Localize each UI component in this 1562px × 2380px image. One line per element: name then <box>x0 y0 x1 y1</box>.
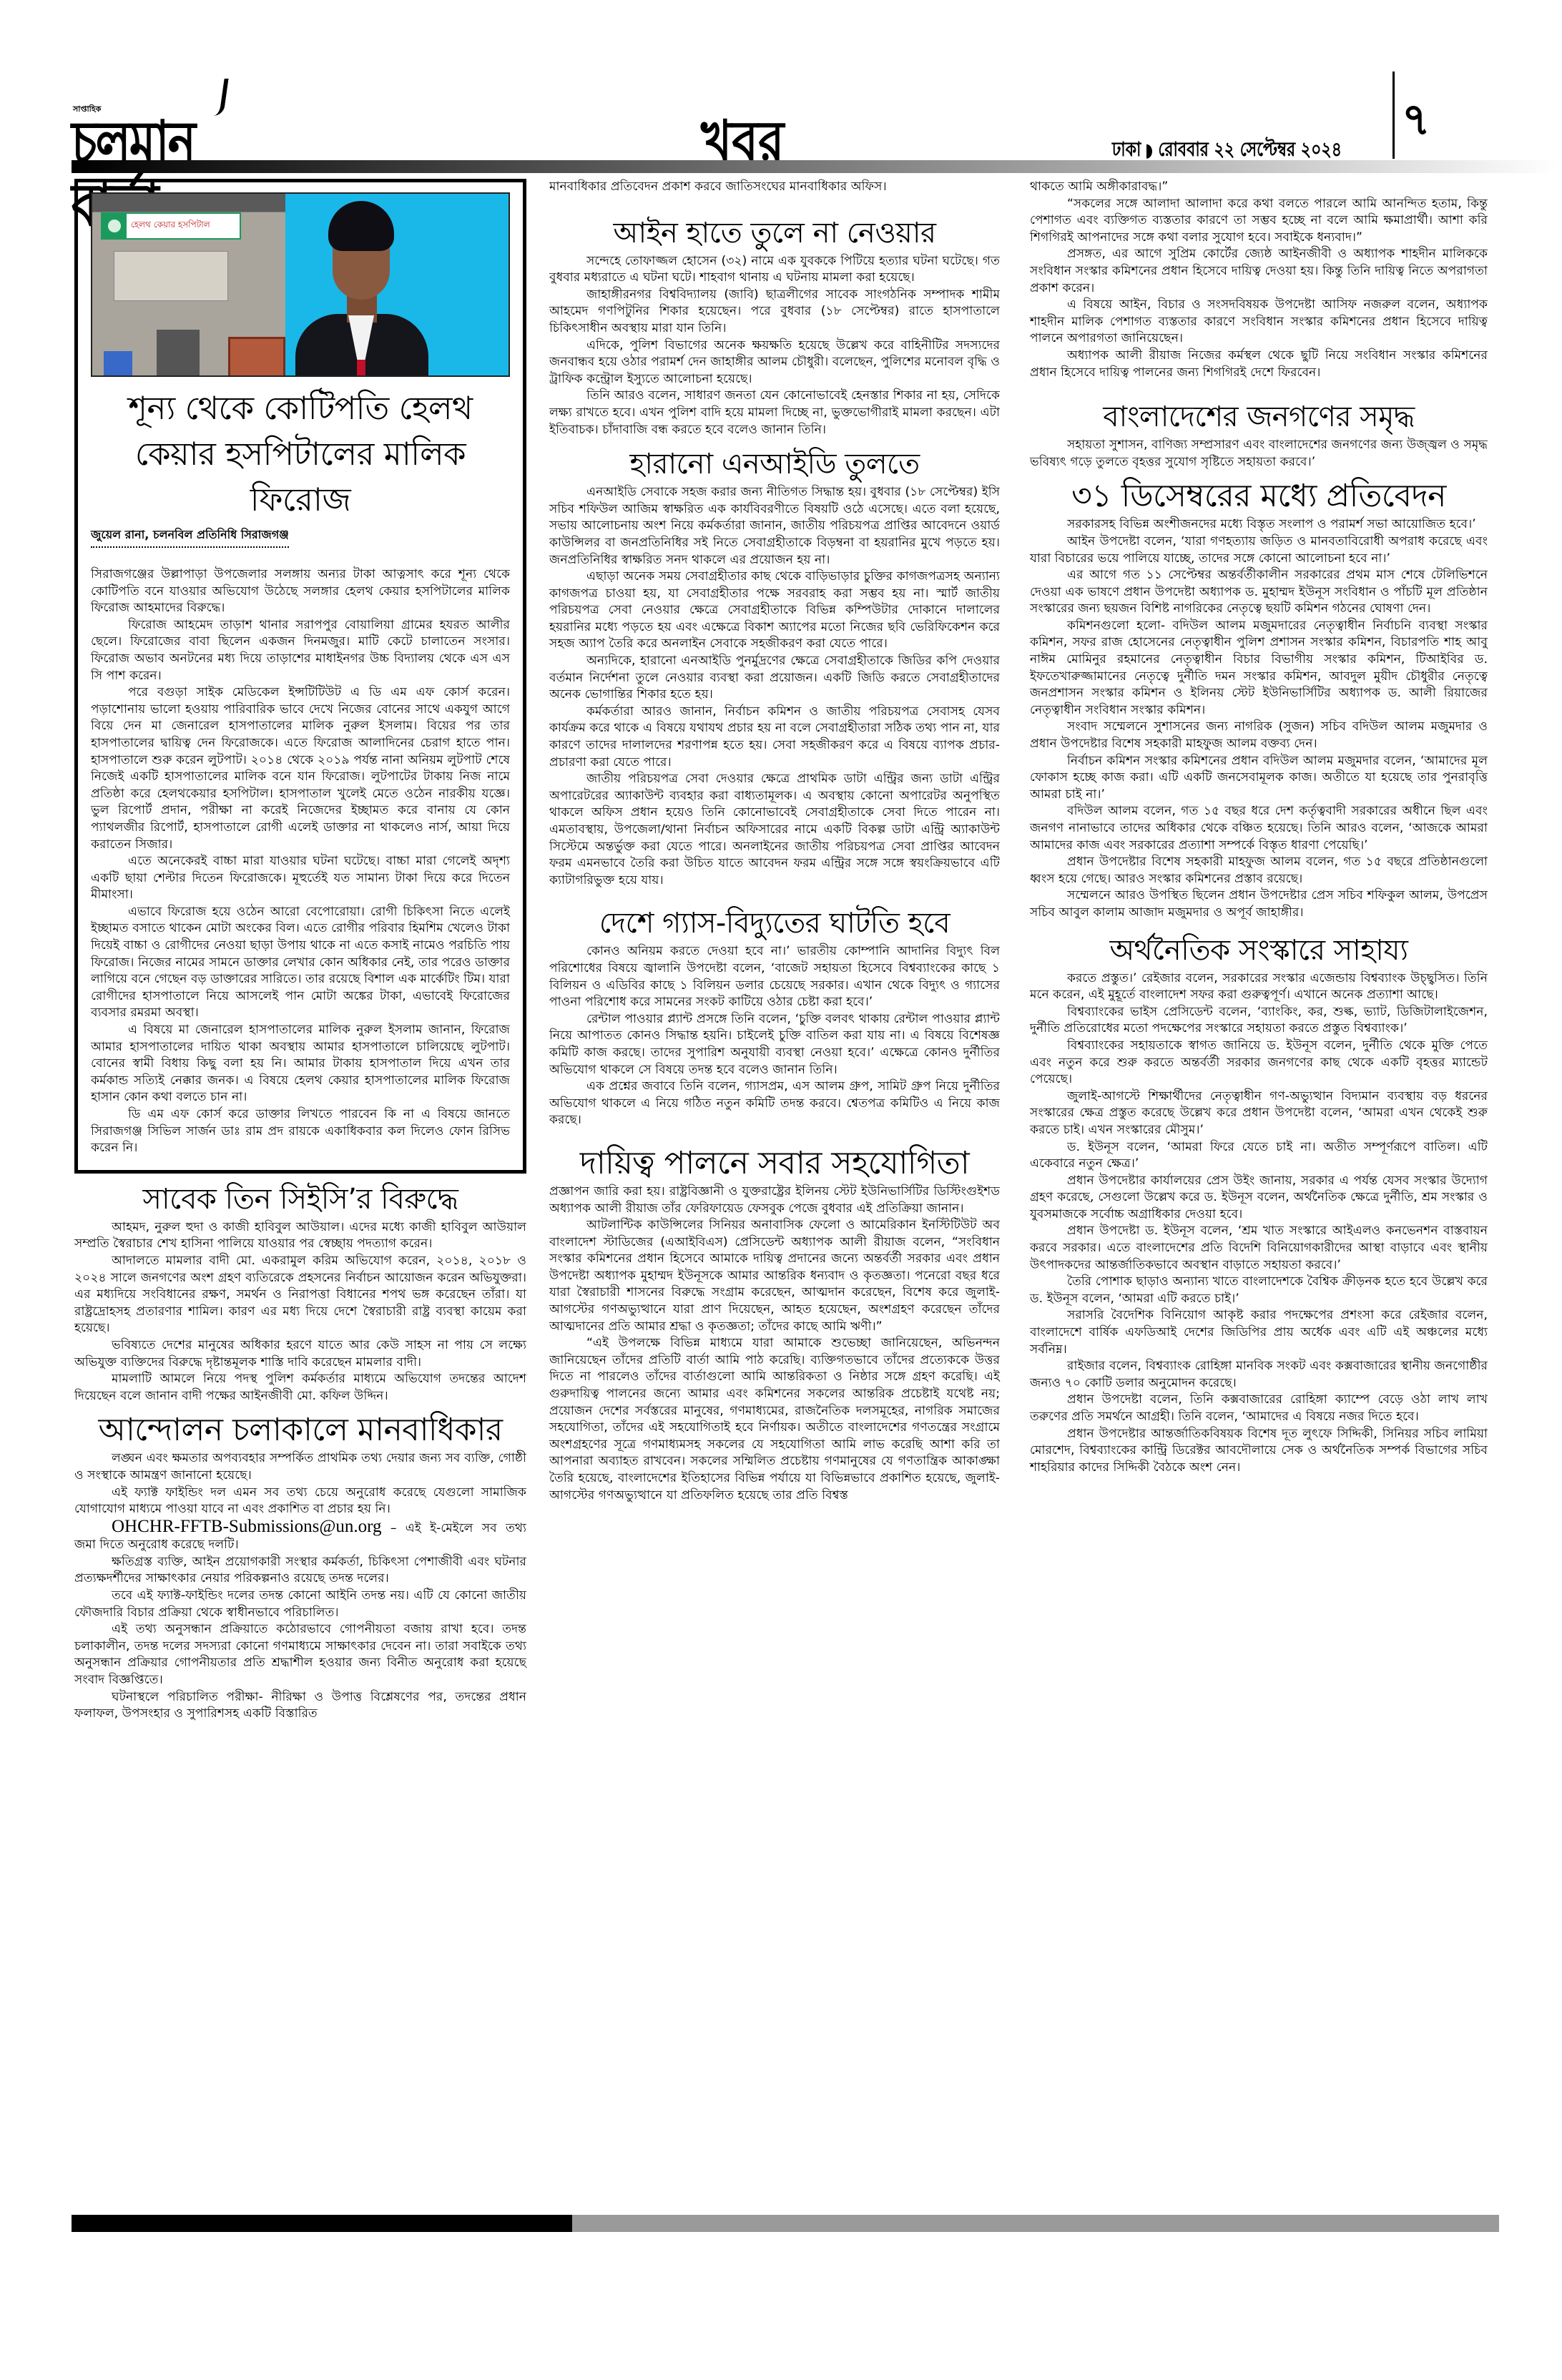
email-paragraph: OHCHR-FFTB-Submissions@un.org – এই ই-মেই… <box>74 1518 526 1554</box>
footer-rule <box>72 2215 1562 2232</box>
masthead-gradient-rule <box>72 160 1559 173</box>
story-mob-justice: আইন হাতে তুলে না নেওয়ার সন্দেহে তোফাজ্জ… <box>549 215 1000 439</box>
portrait-photo <box>285 194 509 375</box>
story-headline: হারানো এনআইডি তুলতে <box>549 446 1000 483</box>
paragraph: প্রধান উপদেষ্টা বলেন, তিনি কক্সবাজারের র… <box>1030 1392 1488 1425</box>
page-number-divider <box>1392 72 1395 159</box>
story-headline: ৩১ ডিসেম্বরের মধ্যে প্রতিবেদন <box>1030 478 1488 515</box>
paragraph: প্রধান উপদেষ্টার আন্তর্জাতিকবিষয়ক বিশেষ… <box>1030 1426 1488 1477</box>
paragraph: এতে অনেকেরই বাচ্চা মারা যাওয়ার ঘটনা ঘটে… <box>91 853 510 904</box>
paragraph: সরকারসহ বিভিন্ন অংশীজনদের মধ্যে বিস্তৃত … <box>1030 516 1488 533</box>
paragraph: এই ফ্যাক্ট ফাইন্ডিং দল এমন সব তথ্য চেয়ে… <box>74 1485 526 1518</box>
byline: জুয়েল রানা, চলনবিল প্রতিনিধি সিরাজগঞ্জ <box>91 526 289 548</box>
hospital-logo-icon <box>102 214 127 238</box>
paragraph: মানবাধিকার প্রতিবেদন প্রকাশ করবে জাতিসংঘ… <box>549 179 1000 196</box>
paragraph: তিনি আরও বলেন, সাধারণ জনতা যেন কোনোভাবেই… <box>549 388 1000 438</box>
lead-headline: শূন্য থেকে কোটিপতি হেলথ কেয়ার হসপিটালের… <box>91 385 510 523</box>
paragraph: এদিকে, পুলিশ বিভাগের অনেক ক্ষয়ক্ষতি হয়… <box>549 338 1000 388</box>
paragraph: লঙ্ঘন এবং ক্ষমতার অপব্যবহার সম্পর্কিত প্… <box>74 1450 526 1484</box>
story-body: সরকারসহ বিভিন্ন অংশীজনদের মধ্যে বিস্তৃত … <box>1030 516 1488 921</box>
paragraph: জাহাঙ্গীরনগর বিশ্ববিদ্যালয় (জাবি) ছাত্র… <box>549 287 1000 338</box>
paragraph: “সকলের সঙ্গে আলাদা আলাদা করে কথা বলতে পা… <box>1030 196 1488 247</box>
story-gas-power-shortage: দেশে গ্যাস-বিদ্যুতের ঘাটতি হবে কোনও অনিয… <box>549 905 1000 1129</box>
paragraph: প্রসঙ্গত, এর আগে সুপ্রিম কোর্টের জ্যেষ্ঠ… <box>1030 246 1488 297</box>
paragraph: বিশ্বব্যাংকের সহায়তাকে স্বাগত জানিয়ে ড… <box>1030 1038 1488 1088</box>
paragraph: জুলাই-আগস্টে শিক্ষার্থীদের নেতৃত্বাধীন গ… <box>1030 1088 1488 1139</box>
story-headline: আন্দোলন চলাকালে মানবাধিকার <box>74 1412 526 1449</box>
paragraph: তৈরি পোশাক ছাড়াও অন্যান্য খাতে বাংলাদেশ… <box>1030 1274 1488 1307</box>
paragraph: অন্যদিকে, হারানো এনআইডি পুনর্মুদ্রণের ক্… <box>549 653 1000 704</box>
paragraph: ডি এম এফ কোর্স করে ডাক্তার লিখতে পারবেন … <box>91 1106 510 1157</box>
paragraph: ঘটনাস্থলে পরিচালিত পরীক্ষা- নীরিক্ষা ও উ… <box>74 1689 526 1723</box>
paragraph: রেন্টাল পাওয়ার প্ল্যান্ট প্রসঙ্গে তিনি … <box>549 1011 1000 1078</box>
hospital-floor <box>114 251 228 301</box>
masthead: সাপ্তাহিক চলমান বার্তা খবর ঢাকা রোববার ২… <box>72 72 1499 172</box>
story-headline: আইন হাতে তুলে না নেওয়ার <box>549 215 1000 252</box>
story-headline: দেশে গ্যাস-বিদ্যুতের ঘাটতি হবে <box>549 905 1000 942</box>
column-2: মানবাধিকার প্রতিবেদন প্রকাশ করবে জাতিসংঘ… <box>549 179 1000 1504</box>
paragraph: এভাবে ফিরোজ হয়ে ওঠেন আরো বেপোরোয়া। রোগ… <box>91 904 510 1022</box>
footer-rule-gray <box>572 2215 1499 2232</box>
paragraph: এই তথ্য অনুসন্ধান প্রক্রিয়াতে কঠোরভাবে … <box>74 1621 526 1688</box>
paragraph: নির্বাচন কমিশন সংস্কার কমিশনের প্রধান বদ… <box>1030 753 1488 804</box>
paragraph: ফিরোজ আহমেদ তাড়াশ থানার সরাপপুর বোয়ালি… <box>91 617 510 684</box>
paragraph: জাতীয় পরিচয়পত্র সেবা দেওয়ার ক্ষেত্রে … <box>549 771 1000 889</box>
story-body: সন্দেহে তোফাজ্জল হোসেন (৩২) নামে এক যুবক… <box>549 253 1000 439</box>
paragraph: এ বিষয়ে মা জেনারেল হাসপাতালের মালিক নুর… <box>91 1022 510 1106</box>
paragraph: মামলাটি আমলে নিয়ে পদস্থ পুলিশ কর্মকর্তা… <box>74 1371 526 1405</box>
paragraph: থাকতে আমি অঙ্গীকারাবদ্ধ।” <box>1030 179 1488 196</box>
story-lost-nid: হারানো এনআইডি তুলতে এনআইডি সেবাকে সহজ কর… <box>549 446 1000 889</box>
story-headline: সাবেক তিন সিইসি’র বিরুদ্ধে <box>74 1181 526 1218</box>
paragraph: করতে প্রস্তুত।’ রেইজার বলেন, সরকারের সংস… <box>1030 970 1488 1004</box>
paragraph: সহায়তা সুশাসন, বাণিজ্য সম্প্রসারণ এবং ব… <box>1030 437 1488 471</box>
paragraph: কর্মকর্তারা আরও জানান, নির্বাচন কমিশন ও … <box>549 704 1000 771</box>
story-body: সহায়তা সুশাসন, বাণিজ্য সম্প্রসারণ এবং ব… <box>1030 437 1488 471</box>
story-body: লঙ্ঘন এবং ক্ষমতার অপব্যবহার সম্পর্কিত প্… <box>74 1450 526 1723</box>
paragraph: আইন উপদেষ্টা বলেন, ‘যারা গণহত্যায় জড়িত… <box>1030 533 1488 567</box>
column-1: হেলথ কেয়ার হসপিটাল শূন্য থেকে কোটিপতি হ… <box>74 179 526 1723</box>
hospital-sign-text: হেলথ কেয়ার হসপিটাল <box>127 219 210 233</box>
hospital-signboard: হেলথ কেয়ার হসপিটাল <box>101 212 241 240</box>
paragraph: পরে বগুড়া সাইক মেডিকেল ইন্সটিটিউট এ ডি … <box>91 684 510 853</box>
paragraph: কোনও অনিয়ম করতে দেওয়া হবে না।’ ভারতীয়… <box>549 943 1000 1010</box>
story-former-cec: সাবেক তিন সিইসি’র বিরুদ্ধে আহমদ, নুরুল হ… <box>74 1181 526 1405</box>
submission-email-link[interactable]: OHCHR-FFTB-Submissions@un.org <box>112 1517 382 1536</box>
paragraph: এছাড়া অনেক সময় সেবাগ্রহীতার কাছ থেকে ব… <box>549 569 1000 653</box>
page-number: ৭ <box>1402 86 1430 159</box>
paragraph: প্রধান উপদেষ্টার বিশেষ সহকারী মাহফুজ আলম… <box>1030 854 1488 887</box>
hospital-photo: হেলথ কেয়ার হসপিটাল <box>92 194 285 375</box>
footer-rule-black <box>72 2215 572 2232</box>
paragraph: সরাসরি বৈদেশিক বিনিয়োগ আকৃষ্ট করার পদক্… <box>1030 1307 1488 1358</box>
story-body: কোনও অনিয়ম করতে দেওয়া হবে না।’ ভারতীয়… <box>549 943 1000 1129</box>
paragraph: ক্ষতিগ্রস্ত ব্যক্তি, আইন প্রয়োগকারী সংস… <box>74 1554 526 1588</box>
date-separator-icon <box>1146 144 1152 158</box>
story-headline: অর্থনৈতিক সংস্কারে সাহায্য <box>1030 932 1488 969</box>
paragraph: এর আগে গত ১১ সেপ্টেম্বর অন্তর্বর্তীকালীন… <box>1030 567 1488 618</box>
column-3: থাকতে আমি অঙ্গীকারাবদ্ধ।” “সকলের সঙ্গে আ… <box>1030 179 1488 1476</box>
portrait-hair <box>328 201 394 251</box>
paragraph: প্রধান উপদেষ্টা ড. ইউনূস বলেন, ‘শ্রম খাত… <box>1030 1223 1488 1274</box>
paragraph: “এই উপলক্ষে বিভিন্ন মাধ্যমে যারা আমাকে শ… <box>549 1335 1000 1504</box>
paragraph: অধ্যাপক আলী রীয়াজ নিজের কর্মস্থল থেকে ছ… <box>1030 348 1488 381</box>
lead-story: হেলথ কেয়ার হসপিটাল শূন্য থেকে কোটিপতি হ… <box>74 179 526 1174</box>
paragraph: এনআইডি সেবাকে সহজ করার জন্য নীতিগত সিদ্ধ… <box>549 484 1000 569</box>
story-report-deadline: ৩১ ডিসেম্বরের মধ্যে প্রতিবেদন সরকারসহ বি… <box>1030 478 1488 921</box>
lead-photo: হেলথ কেয়ার হসপিটাল <box>91 192 510 377</box>
paragraph: সম্মেলনে আরও উপস্থিত ছিলেন প্রধান উপদেষ্… <box>1030 887 1488 921</box>
story-headline: বাংলাদেশের জনগণের সমৃদ্ধ <box>1030 398 1488 436</box>
paragraph: সংবাদ সম্মেলনে সুশাসনের জন্য নাগরিক (সুজ… <box>1030 719 1488 752</box>
paragraph: আদালতে মামলার বাদী মো. একরামুল করিম অভিয… <box>74 1253 526 1337</box>
paragraph: এক প্রশ্নের জবাবে তিনি বলেন, গ্যাসপ্রম, … <box>549 1078 1000 1129</box>
paragraph: প্রজ্ঞাপন জারি করা হয়। রাষ্ট্রবিজ্ঞানী … <box>549 1184 1000 1217</box>
paragraph: বদিউল আলম বলেন, গত ১৫ বছর ধরে দেশ কর্তৃত… <box>1030 803 1488 854</box>
story-body: প্রজ্ঞাপন জারি করা হয়। রাষ্ট্রবিজ্ঞানী … <box>549 1184 1000 1504</box>
paragraph: সন্দেহে তোফাজ্জল হোসেন (৩২) নামে এক যুবক… <box>549 253 1000 287</box>
paragraph: আহমদ, নুরুল হুদা ও কাজী হাবিবুল আউয়াল। … <box>74 1219 526 1253</box>
paragraph: প্রধান উপদেষ্টার কার্যালয়ের প্রেস উইং জ… <box>1030 1173 1488 1224</box>
story-body: করতে প্রস্তুত।’ রেইজার বলেন, সরকারের সংস… <box>1030 970 1488 1477</box>
story-human-rights: আন্দোলন চলাকালে মানবাধিকার লঙ্ঘন এবং ক্ষ… <box>74 1412 526 1723</box>
paragraph: বিশ্বব্যাংকের ভাইস প্রেসিডেন্ট বলেন, ‘ব্… <box>1030 1004 1488 1038</box>
portrait-tie <box>357 360 365 375</box>
paragraph: আটলান্টিক কাউন্সিলের সিনিয়র অনাবাসিক ফে… <box>549 1217 1000 1335</box>
paragraph: ড. ইউনূস বলেন, ‘আমরা ফিরে যেতে চাই না। অ… <box>1030 1139 1488 1173</box>
continuation-text: মানবাধিকার প্রতিবেদন প্রকাশ করবে জাতিসংঘ… <box>549 179 1000 196</box>
story-economic-reform: অর্থনৈতিক সংস্কারে সাহায্য করতে প্রস্তুত… <box>1030 932 1488 1477</box>
paragraph: এ বিষয়ে আইন, বিচার ও সংসদবিষয়ক উপদেষ্ট… <box>1030 297 1488 348</box>
continuation-text: থাকতে আমি অঙ্গীকারাবদ্ধ।” “সকলের সঙ্গে আ… <box>1030 179 1488 381</box>
hospital-door <box>157 330 200 375</box>
story-cooperation: দায়িত্ব পালনে সবার সহযোগিতা প্রজ্ঞাপন জ… <box>549 1145 1000 1504</box>
story-body: এনআইডি সেবাকে সহজ করার জন্য নীতিগত সিদ্ধ… <box>549 484 1000 889</box>
paragraph: তবে এই ফ্যাক্ট-ফাইন্ডিং দলের তদন্ত কোনো … <box>74 1588 526 1621</box>
paragraph: কমিশনগুলো হলো- বদিউল আলম মজুমদারের নেতৃত… <box>1030 618 1488 719</box>
hospital-shop <box>228 337 285 375</box>
lead-story-body: সিরাজগঞ্জের উল্লাপাড়া উপজেলার সলঙ্গায় … <box>91 566 510 1157</box>
story-headline: দায়িত্ব পালনে সবার সহযোগিতা <box>549 1145 1000 1182</box>
paragraph: রাইজার বলেন, বিশ্বব্যাংক রোহিঙ্গা মানবিক… <box>1030 1358 1488 1392</box>
story-prosperity: বাংলাদেশের জনগণের সমৃদ্ধ সহায়তা সুশাসন,… <box>1030 398 1488 471</box>
story-body: আহমদ, নুরুল হুদা ও কাজী হাবিবুল আউয়াল। … <box>74 1219 526 1405</box>
newspaper-logo[interactable]: সাপ্তাহিক চলমান বার্তা <box>72 103 286 167</box>
hospital-window <box>104 351 132 375</box>
paragraph: সিরাজগঞ্জের উল্লাপাড়া উপজেলার সলঙ্গায় … <box>91 566 510 617</box>
logo-flag-icon <box>213 79 228 116</box>
paragraph: ভবিষ্যতে দেশের মানুষের অধিকার হরণে যাতে … <box>74 1337 526 1371</box>
